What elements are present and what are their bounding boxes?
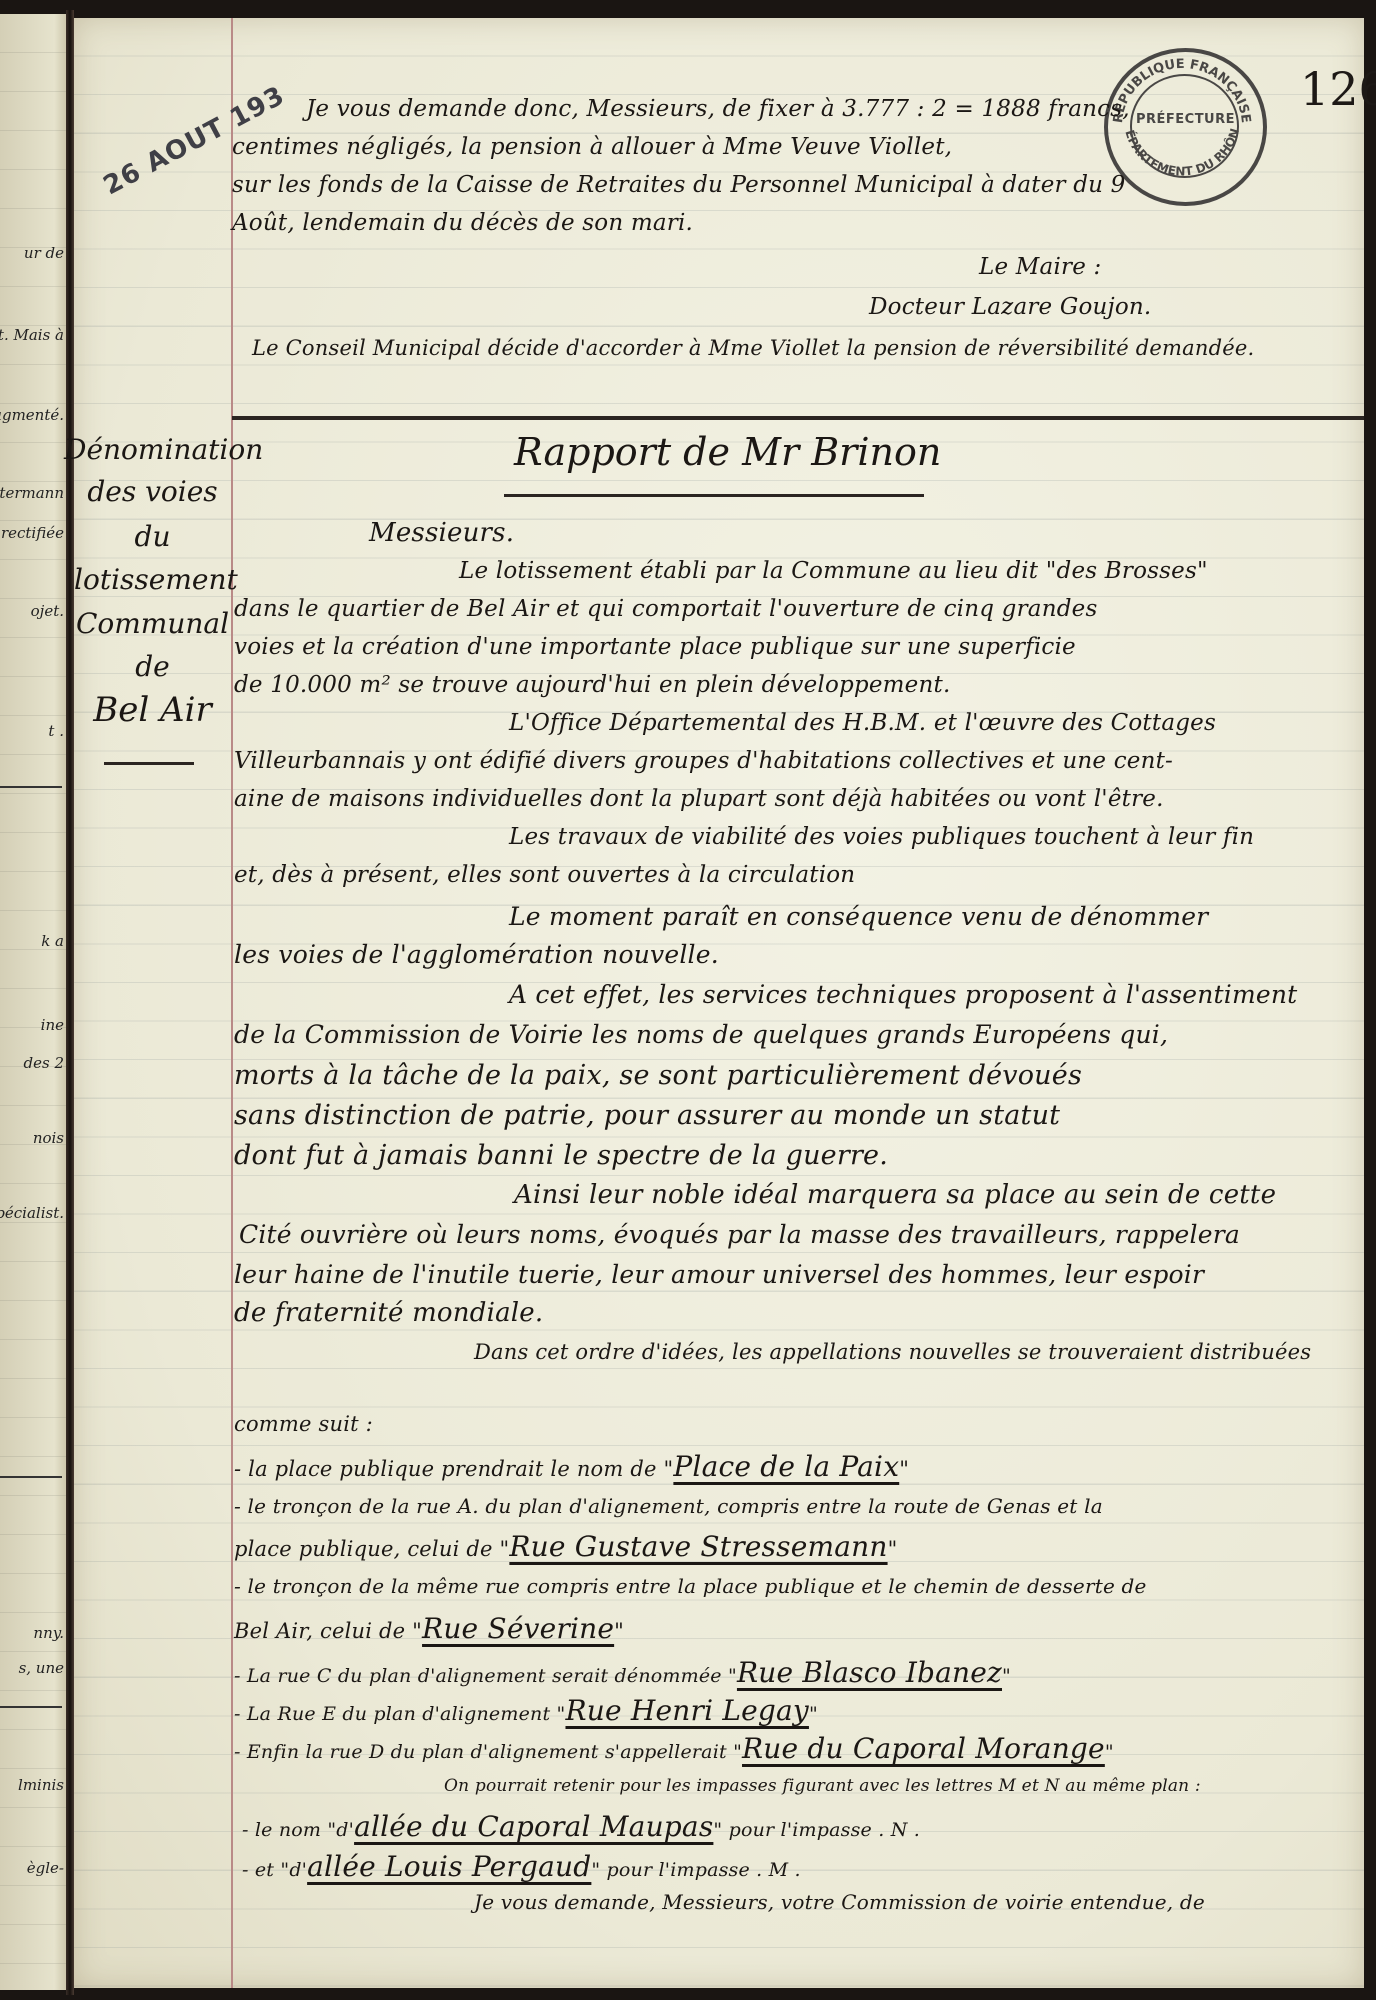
naming-item: - Enfin la rue D du plan d'alignement s'… <box>234 1732 1114 1765</box>
margin-title-line: lotissement <box>74 566 231 594</box>
alley-name: allée Louis Pergaud <box>307 1850 591 1883</box>
section-divider <box>232 416 1364 420</box>
alley-name: allée du Caporal Maupas <box>354 1810 713 1843</box>
margin-divider <box>0 786 62 788</box>
report-heading: Rapport de Mr Brinon <box>514 430 941 474</box>
text-line: dans le quartier de Bel Air et qui compo… <box>234 596 1097 622</box>
prefecture-seal: RÉPUBLIQUE FRANÇAISE DÉPARTEMENT DU RHÔN… <box>1104 48 1267 206</box>
salutation: Messieurs. <box>369 518 514 548</box>
text-line: et, dès à présent, elles sont ouvertes à… <box>234 862 855 888</box>
margin-divider <box>0 1706 62 1708</box>
text-line: centimes négligés, la pension à allouer … <box>232 134 952 160</box>
margin-fragment: t . <box>48 722 64 740</box>
text-line: Dans cet ordre d'idées, les appellations… <box>474 1340 1311 1364</box>
impasse-intro: On pourrait retenir pour les impasses fi… <box>444 1776 1201 1796</box>
margin-fragment: ègle- <box>27 1859 64 1877</box>
text-line: de fraternité mondiale. <box>234 1298 543 1328</box>
margin-title-underline <box>104 762 194 765</box>
margin-fragment: nny. <box>33 1624 64 1642</box>
margin-fragment: nois <box>33 1129 64 1147</box>
street-name: Rue Gustave Stressemann <box>509 1530 887 1563</box>
text-line: Cité ouvrière où leurs noms, évoqués par… <box>239 1220 1240 1249</box>
text-line: les voies de l'agglomération nouvelle. <box>234 940 719 969</box>
naming-item: - la place publique prendrait le nom de … <box>234 1450 909 1483</box>
text-line: Les travaux de viabilité des voies publi… <box>509 824 1254 850</box>
text-line: Août, lendemain du décès de son mari. <box>232 210 693 236</box>
margin-title-line: du <box>74 523 231 551</box>
naming-item: Bel Air, celui de "Rue Séverine" <box>234 1612 624 1645</box>
margin-divider <box>0 1476 62 1478</box>
page-number: 126 <box>1300 62 1376 116</box>
register-page: 26 AOUT 193 RÉPUBLIQUE FRANÇAISE DÉPARTE… <box>74 18 1364 1988</box>
previous-page-edge: ur de t. Mais à augmenté. d'Intermann re… <box>0 14 68 1990</box>
margin-fragment: t. Mais à <box>0 326 64 344</box>
street-name: Rue Henri Legay <box>565 1694 808 1727</box>
margin-fragment: ine <box>41 1016 64 1034</box>
text-line: Villeurbannais y ont édifié divers group… <box>234 748 1173 774</box>
text-line: Je vous demande donc, Messieurs, de fixe… <box>306 96 1130 122</box>
text-line: comme suit : <box>234 1412 373 1436</box>
margin-fragment: lminis <box>18 1776 64 1794</box>
margin-fragment: d'Intermann <box>0 484 64 502</box>
text-line: morts à la tâche de la paix, se sont par… <box>234 1060 1082 1091</box>
seal-center-text: PRÉFECTURE <box>1124 112 1247 127</box>
margin-title-line: Bel Air <box>74 693 231 727</box>
text-line: dont fut à jamais banni le spectre de la… <box>234 1140 888 1171</box>
margin-fragment: augmenté. <box>0 406 64 424</box>
text-line: Le lotissement établi par la Commune au … <box>459 558 1208 584</box>
margin-fragment: ur de <box>24 244 64 262</box>
margin-rule <box>231 18 233 1988</box>
impasse-item: - le nom "d'allée du Caporal Maupas" pou… <box>242 1810 920 1843</box>
street-name: Rue Blasco Ibanez <box>737 1656 1002 1689</box>
text-line: sur les fonds de la Caisse de Retraites … <box>232 172 1126 198</box>
naming-item: - La Rue E du plan d'alignement "Rue Hen… <box>234 1694 818 1727</box>
book-gutter <box>66 10 74 1995</box>
street-name: Rue Séverine <box>422 1612 614 1645</box>
text-line: de 10.000 m² se trouve aujourd'hui en pl… <box>234 672 950 698</box>
text-line: sans distinction de patrie, pour assurer… <box>234 1100 1060 1131</box>
street-name: Rue du Caporal Morange <box>742 1732 1105 1765</box>
margin-fragment: k a <box>41 932 64 950</box>
text-line: voies et la création d'une importante pl… <box>234 634 1076 660</box>
margin-fragment: ojet. <box>31 602 64 620</box>
heading-underline <box>504 494 924 497</box>
text-line: L'Office Départemental des H.B.M. et l'œ… <box>509 710 1216 736</box>
naming-item: - le tronçon de la même rue compris entr… <box>234 1574 1147 1598</box>
signature-name: Docteur Lazare Goujon. <box>869 294 1151 320</box>
signature-title: Le Maire : <box>979 254 1101 280</box>
naming-item: - le tronçon de la rue A. du plan d'alig… <box>234 1494 1103 1518</box>
text-line: aine de maisons individuelles dont la pl… <box>234 786 1164 812</box>
impasse-item: - et "d'allée Louis Pergaud" pour l'impa… <box>242 1850 801 1883</box>
margin-title-line: des voies <box>74 478 231 506</box>
text-line: A cet effet, les services techniques pro… <box>509 980 1297 1009</box>
margin-fragment: rectifiée <box>1 524 64 542</box>
council-decision: Le Conseil Municipal décide d'accorder à… <box>252 336 1254 360</box>
text-line: de la Commission de Voirie les noms de q… <box>234 1020 1168 1049</box>
closing-line: Je vous demande, Messieurs, votre Commis… <box>474 1890 1205 1914</box>
text-line: Le moment paraît en conséquence venu de … <box>509 902 1208 931</box>
street-name: Place de la Paix <box>673 1450 899 1483</box>
margin-title-line: de <box>74 653 231 681</box>
naming-item: - La rue C du plan d'alignement serait d… <box>234 1656 1011 1689</box>
margin-title-line: Communal <box>74 610 231 638</box>
text-line: leur haine de l'inutile tuerie, leur amo… <box>234 1260 1204 1289</box>
margin-fragment: pécialist. <box>0 1204 64 1222</box>
margin-fragment: s, une <box>19 1659 64 1677</box>
margin-title-line: Dénomination <box>64 436 244 464</box>
naming-item: place publique, celui de "Rue Gustave St… <box>234 1530 897 1563</box>
margin-fragment: des 2 <box>24 1054 65 1072</box>
text-line: Ainsi leur noble idéal marquera sa place… <box>514 1180 1276 1210</box>
